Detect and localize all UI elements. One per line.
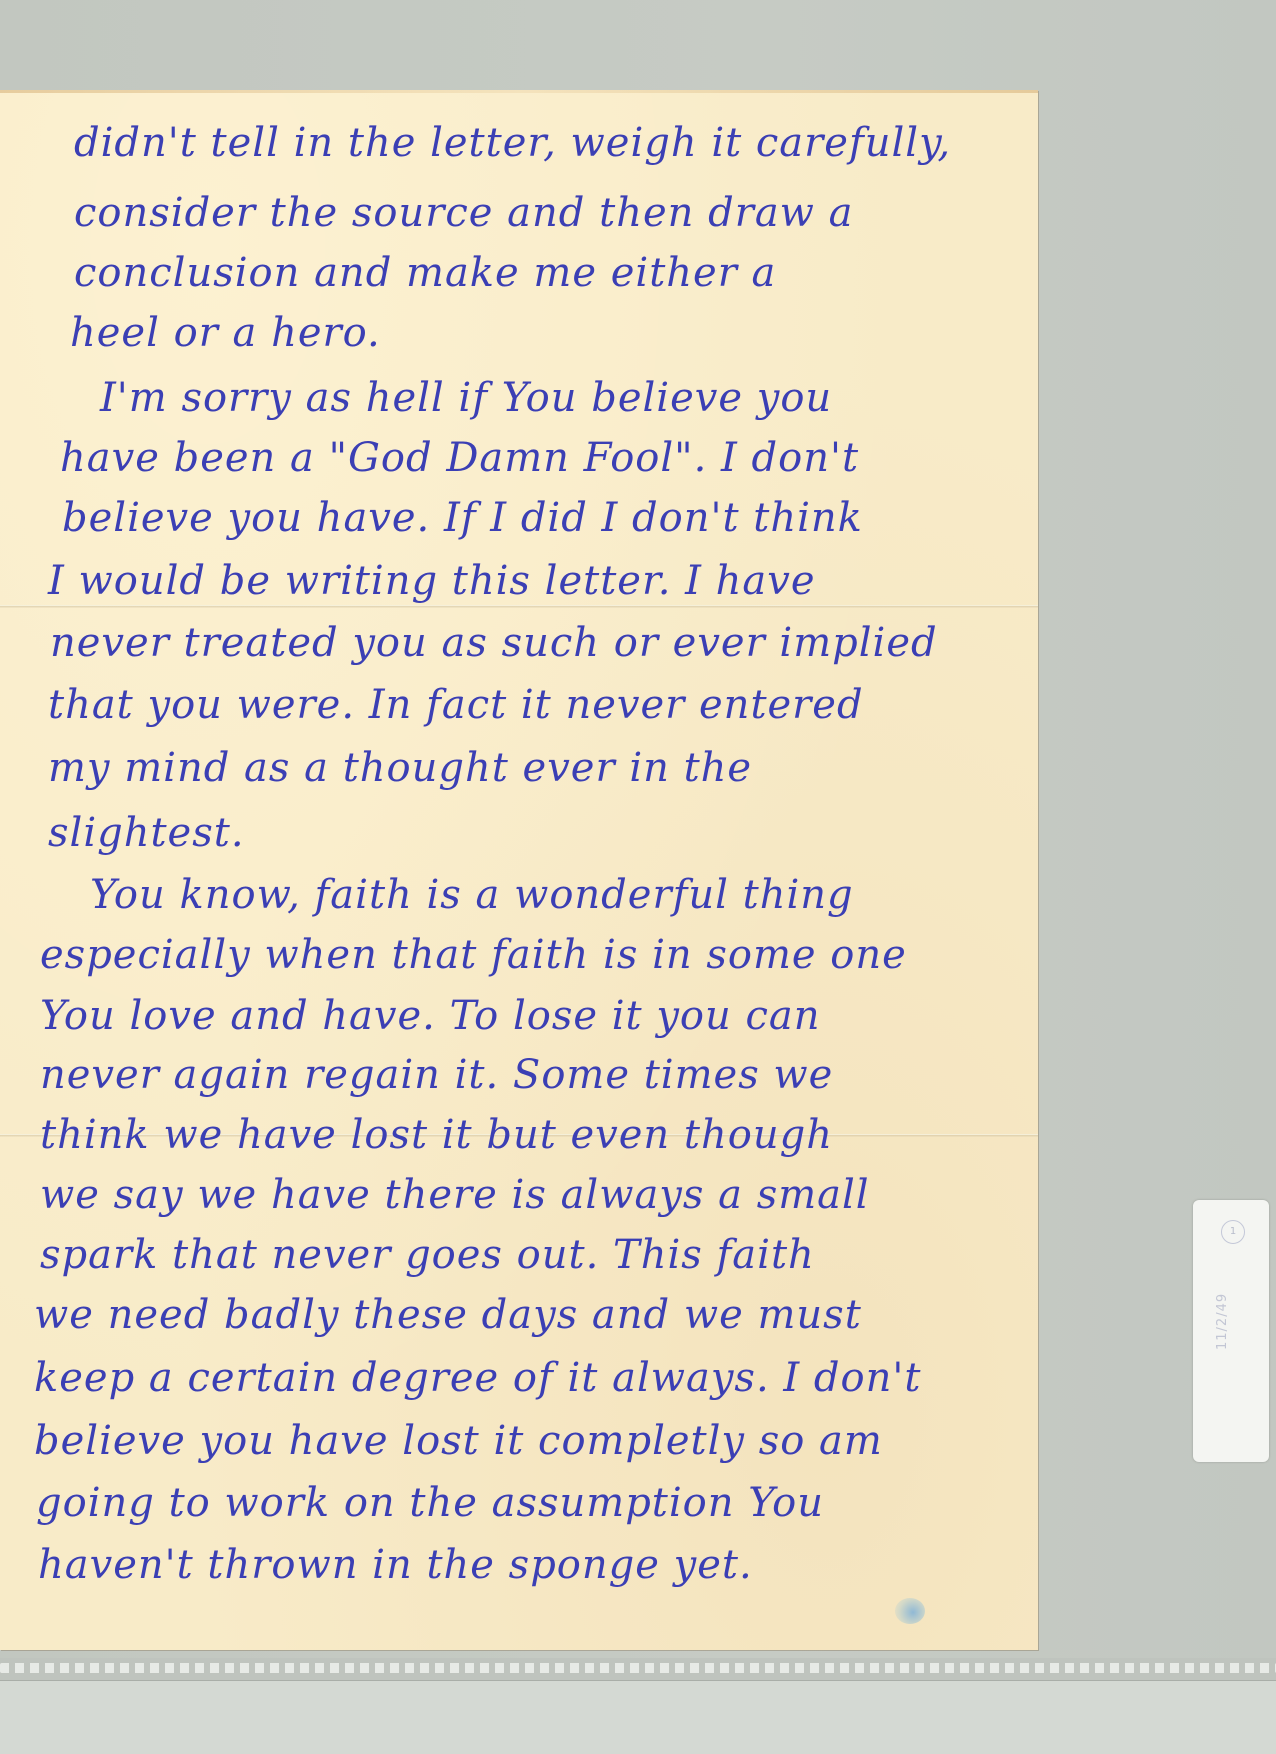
letter-line: consider the source and then draw a <box>74 190 853 236</box>
letter-line: have been a "God Damn Fool". I don't <box>60 435 859 481</box>
letter-line: going to work on the assumption You <box>36 1480 824 1526</box>
letter-line: we say we have there is always a small <box>40 1172 870 1218</box>
letter-line: haven't thrown in the sponge yet. <box>38 1542 753 1588</box>
fold-crease-upper <box>0 605 1038 608</box>
letter-line: believe you have lost it completly so am <box>34 1418 883 1464</box>
paper-edge-stain <box>0 90 1038 93</box>
ink-stain <box>895 1598 925 1624</box>
letter-line: keep a certain degree of it always. I do… <box>34 1355 921 1401</box>
letter-line: think we have lost it but even though <box>40 1112 833 1158</box>
letter-line: heel or a hero. <box>70 310 381 356</box>
letter-line: I would be writing this letter. I have <box>48 558 816 604</box>
letter-line: never treated you as such or ever implie… <box>50 620 938 666</box>
letter-line: slightest. <box>48 810 245 856</box>
letter-line: my mind as a thought ever in the <box>48 745 752 791</box>
letter-line: never again regain it. Some times we <box>40 1052 833 1098</box>
archive-code: 11/2/49 <box>1215 1293 1230 1350</box>
letter-line: I'm sorry as hell if You believe you <box>100 375 832 421</box>
letter-line: that you were. In fact it never entered <box>48 682 864 728</box>
letter-line: we need badly these days and we must <box>34 1292 862 1338</box>
letter-line: You know, faith is a wonderful thing <box>90 872 854 918</box>
sleeve-perforation-strip <box>0 1658 1276 1681</box>
letter-line: You love and have. To lose it you can <box>40 993 821 1039</box>
sleeve-bottom <box>0 1681 1276 1754</box>
page-marker-circle: 1 <box>1221 1220 1245 1244</box>
letter-line: spark that never goes out. This faith <box>40 1232 815 1278</box>
letter-line: especially when that faith is in some on… <box>40 932 907 978</box>
letter-line: didn't tell in the letter, weigh it care… <box>74 120 951 166</box>
perforation-holes <box>0 1663 1276 1673</box>
letter-line: conclusion and make me either a <box>74 250 776 296</box>
archive-label: 1 11/2/49 <box>1193 1200 1269 1462</box>
letter-line: believe you have. If I did I don't think <box>62 495 863 541</box>
